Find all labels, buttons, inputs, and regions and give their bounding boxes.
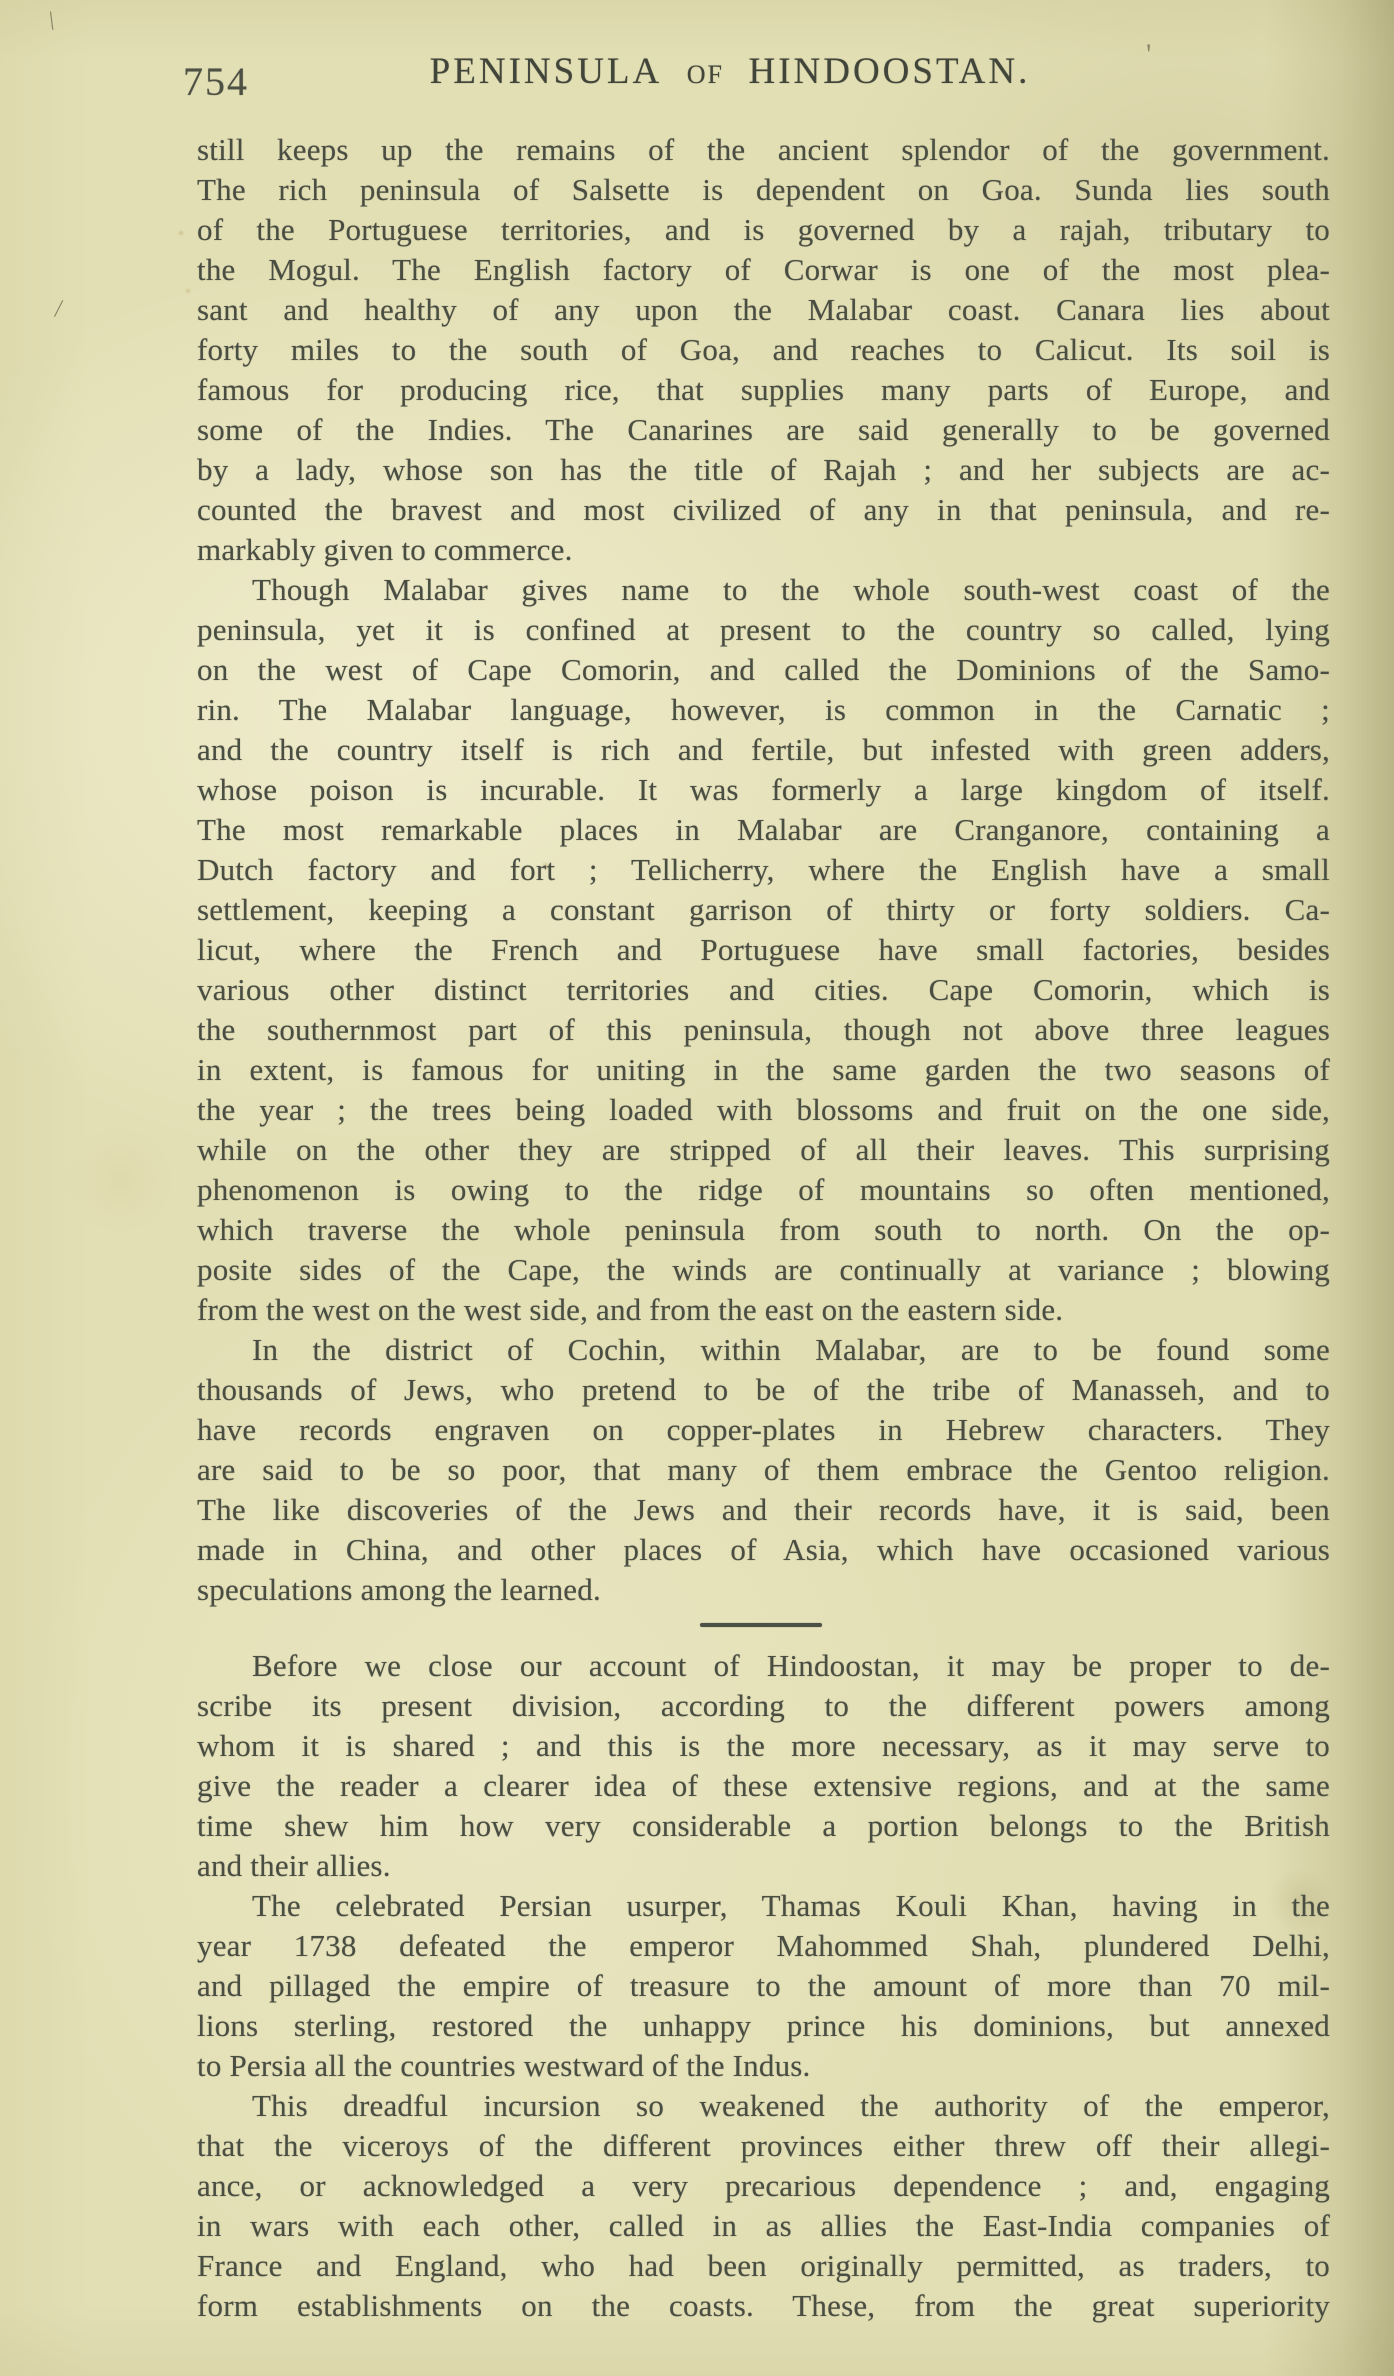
text-line: sant and healthy of any upon the Malabar… xyxy=(197,290,1330,330)
text-line: the Mogul. The English factory of Corwar… xyxy=(197,250,1330,290)
text-line: peninsula, yet it is confined at present… xyxy=(197,610,1330,650)
text-line: France and England, who had been origina… xyxy=(197,2246,1330,2286)
text-line: Dutch factory and fort ; Tellicherry, wh… xyxy=(197,850,1330,890)
text-line: while on the other they are stripped of … xyxy=(197,1130,1330,1170)
text-line: The rich peninsula of Salsette is depend… xyxy=(197,170,1330,210)
text-line: posite sides of the Cape, the winds are … xyxy=(197,1250,1330,1290)
text-line: The like discoveries of the Jews and the… xyxy=(197,1490,1330,1530)
text-line: licut, where the French and Portuguese h… xyxy=(197,930,1330,970)
paragraph: Before we close our account of Hindoosta… xyxy=(197,1646,1330,1886)
text-line: and their allies. xyxy=(197,1846,1330,1886)
running-header-part1: PENINSULA xyxy=(430,51,663,92)
text-line: lions sterling, restored the unhappy pri… xyxy=(197,2006,1330,2046)
text-line: of the Portuguese territories, and is go… xyxy=(197,210,1330,250)
text-line: form establishments on the coasts. These… xyxy=(197,2286,1330,2326)
text-line: settlement, keeping a constant garrison … xyxy=(197,890,1330,930)
text-line: the southernmost part of this peninsula,… xyxy=(197,1010,1330,1050)
text-line: various other distinct territories and c… xyxy=(197,970,1330,1010)
paragraph: still keeps up the remains of the ancien… xyxy=(197,130,1330,570)
book-page: { "page": { "number": "754", "header": {… xyxy=(0,0,1394,2376)
text-line: Though Malabar gives name to the whole s… xyxy=(197,570,1330,610)
text-line: and pillaged the empire of treasure to t… xyxy=(197,1966,1330,2006)
text-line: the year ; the trees being loaded with b… xyxy=(197,1090,1330,1130)
text-line: counted the bravest and most civilized o… xyxy=(197,490,1330,530)
text-line: from the west on the west side, and from… xyxy=(197,1290,1330,1330)
text-line: rin. The Malabar language, however, is c… xyxy=(197,690,1330,730)
text-line: are said to be so poor, that many of the… xyxy=(197,1450,1330,1490)
text-line: still keeps up the remains of the ancien… xyxy=(197,130,1330,170)
text-line: scribe its present division, according t… xyxy=(197,1686,1330,1726)
text-line: Before we close our account of Hindoosta… xyxy=(197,1646,1330,1686)
text-column: still keeps up the remains of the ancien… xyxy=(197,130,1330,2326)
text-line: speculations among the learned. xyxy=(197,1570,1330,1610)
text-line: in extent, is famous for uniting in the … xyxy=(197,1050,1330,1090)
text-line: have records engraven on copper-plates i… xyxy=(197,1410,1330,1450)
paragraph: Though Malabar gives name to the whole s… xyxy=(197,570,1330,1330)
text-line: to Persia all the countries westward of … xyxy=(197,2046,1330,2086)
text-line: in wars with each other, called in as al… xyxy=(197,2206,1330,2246)
text-line: time shew him how very considerable a po… xyxy=(197,1806,1330,1846)
text-line: year 1738 defeated the emperor Mahommed … xyxy=(197,1926,1330,1966)
text-line: famous for producing rice, that supplies… xyxy=(197,370,1330,410)
running-header-of: OF xyxy=(687,60,724,89)
text-line: ance, or acknowledged a very precarious … xyxy=(197,2166,1330,2206)
section-divider xyxy=(197,1610,1330,1646)
text-line: This dreadful incursion so weakened the … xyxy=(197,2086,1330,2126)
text-line: phenomenon is owing to the ridge of moun… xyxy=(197,1170,1330,1210)
text-line: The most remarkable places in Malabar ar… xyxy=(197,810,1330,850)
text-line: that the viceroys of the different provi… xyxy=(197,2126,1330,2166)
text-line: by a lady, whose son has the title of Ra… xyxy=(197,450,1330,490)
paragraph: This dreadful incursion so weakened the … xyxy=(197,2086,1330,2326)
text-line: thousands of Jews, who pretend to be of … xyxy=(197,1370,1330,1410)
text-line: give the reader a clearer idea of these … xyxy=(197,1766,1330,1806)
running-header-part2: HINDOOSTAN. xyxy=(748,51,1030,92)
text-line: In the district of Cochin, within Malaba… xyxy=(197,1330,1330,1370)
text-line: which traverse the whole peninsula from … xyxy=(197,1210,1330,1250)
text-line: whose poison is incurable. It was former… xyxy=(197,770,1330,810)
running-header: PENINSULA OF HINDOOSTAN. xyxy=(33,50,1394,93)
text-line: and the country itself is rich and ferti… xyxy=(197,730,1330,770)
text-line: whom it is shared ; and this is the more… xyxy=(197,1726,1330,1766)
text-line: made in China, and other places of Asia,… xyxy=(197,1530,1330,1570)
text-line: on the west of Cape Comorin, and called … xyxy=(197,650,1330,690)
text-line: The celebrated Persian usurper, Thamas K… xyxy=(197,1886,1330,1926)
paragraph: In the district of Cochin, within Malaba… xyxy=(197,1330,1330,1610)
divider-rule xyxy=(700,1623,822,1627)
paragraph: The celebrated Persian usurper, Thamas K… xyxy=(197,1886,1330,2086)
text-line: forty miles to the south of Goa, and rea… xyxy=(197,330,1330,370)
text-line: some of the Indies. The Canarines are sa… xyxy=(197,410,1330,450)
text-line: markably given to commerce. xyxy=(197,530,1330,570)
